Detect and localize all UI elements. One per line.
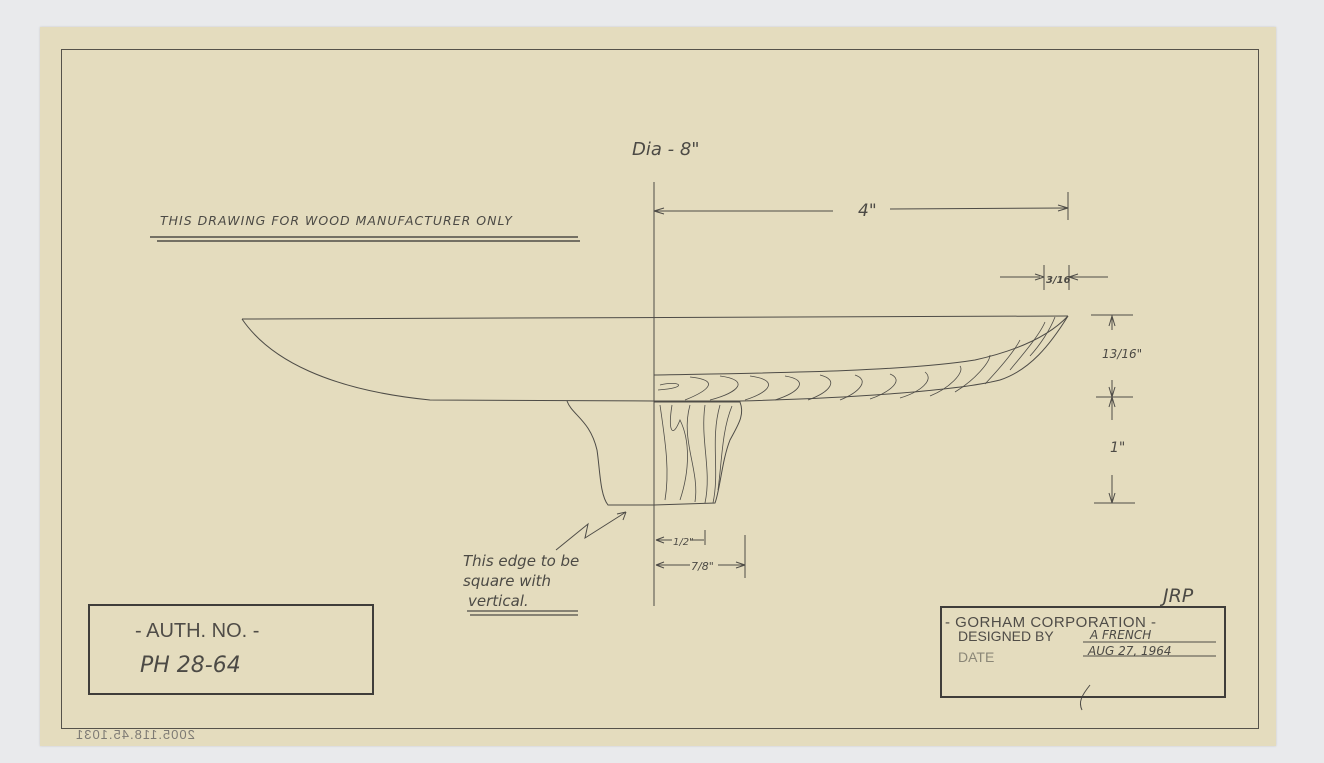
diameter-label: Dia - 8" [632,139,700,160]
title-block-stamp [940,606,1226,698]
leader-arrow [556,512,626,550]
bowl-right-underside [654,380,1000,401]
bowl-right-inner [654,316,1068,375]
foot-height-dimension: 1" [1110,440,1125,456]
edge-note-line-3: vertical. [468,592,529,610]
bowl-depth-dimension: 13/16" [1102,347,1142,361]
accession-number: 2005.118.45.1031 [75,727,195,742]
foot-right-profile [654,402,742,505]
foot-left-profile [567,401,654,505]
bowl-left-profile [242,319,654,401]
wood-manufacturer-note: THIS DRAWING FOR WOOD MANUFACTURER ONLY [160,213,513,228]
foot-top-dimension: 7/8" [691,560,714,573]
bowl-rim-line [242,316,1068,319]
auth-number-stamp [88,604,374,695]
initials: JRP [1159,585,1194,607]
radius-dimension: 4" [858,201,877,221]
wood-grain-foot [660,405,732,503]
wood-grain-rim [658,317,1055,400]
foot-bottom-dimension: 1/2" [673,537,694,548]
edge-note-line-2: square with [463,572,551,590]
edge-note-line-1: This edge to be [463,552,579,570]
rim-thickness-dimension: 3/16 [1046,275,1071,286]
